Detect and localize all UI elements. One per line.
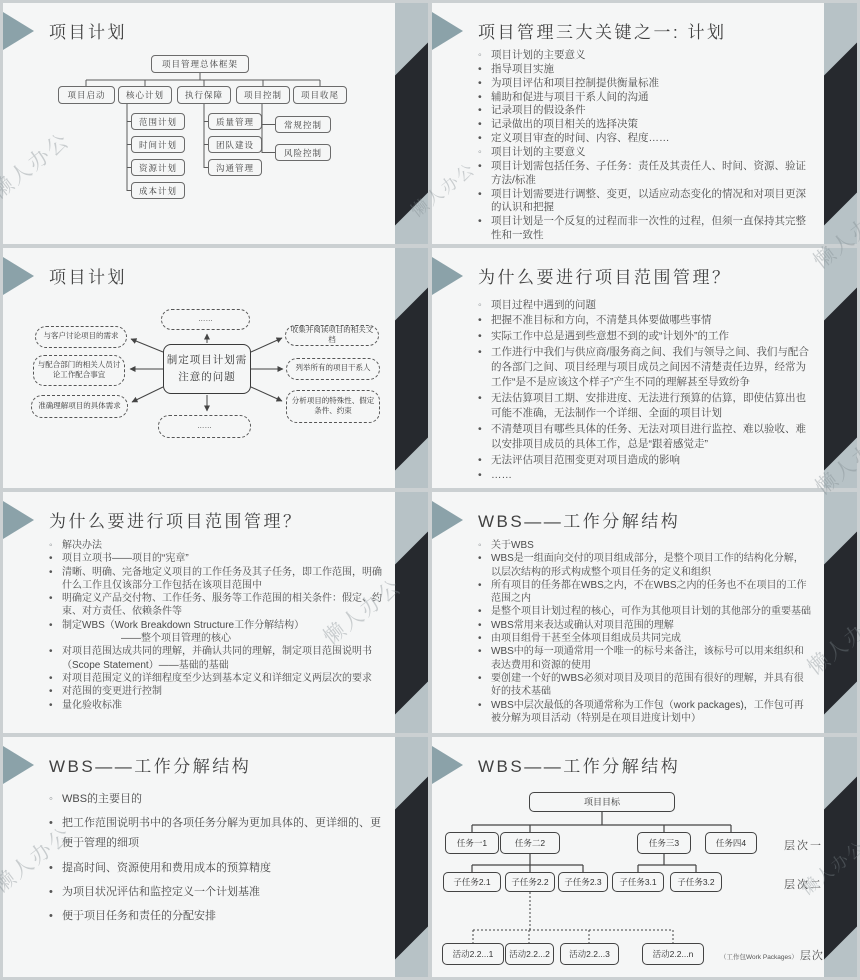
wbs-node: 子任务2.1 [443,872,501,892]
bullet-item: 项目过程中遇到的问题 [478,298,813,313]
bullet-item: 关于WBS [478,539,813,552]
bullet-item: 提高时间、资源使用和费用成本的预算精度 [49,858,384,878]
corner-decoration [395,492,428,733]
bullet-item: 清晰、明确、完备地定义项目的工作任务及其子任务，即工作范围，明确什么工作且仅该部… [49,566,384,593]
title-arrow-icon [3,746,34,784]
level-label-2: 层次二 [784,876,823,892]
org-node: 范围计划 [131,113,185,130]
spoke-node: 列举所有的项目干系人 [286,358,380,380]
bullet-item: 对项目范围达成共同的理解，并确认共同的理解，制定项目范围说明书（Scope St… [49,645,384,672]
wbs-node: 活动2.2...3 [560,943,619,965]
work-package-note-text: （工作包Work Packages） [720,952,798,961]
wbs-node: 活动2.2...2 [505,943,554,965]
org-node: 团队建设 [208,136,262,153]
bullet-item: 记录做出的项目相关的选择决策 [478,118,813,132]
title-arrow-icon [3,257,34,295]
bullet-item: 制定WBS（Work Breakdown Structure工作分解结构） [49,619,384,632]
bullet-item: 明确定义产品交付物、工作任务、服务等工作范围的相关条件：假定、约束、对方责任、依… [49,592,384,619]
org-node: 质量管理 [208,113,262,130]
bullet-item: 把工作范围说明书中的各项任务分解为更加具体的、更详细的、更便于管理的细项 [49,813,384,854]
wbs-node: 子任务3.1 [612,872,664,892]
bullet-item: 对项目范围定义的详细程度至少达到基本定义和详细定义两层次的要求 [49,672,384,685]
bullet-item: WBS是一组面向交付的项目组成部分，是整个项目工作的结构化分解，以层次结构的形式… [478,552,813,579]
bullet-item: ——整个项目管理的核心 [49,632,384,645]
wbs-node: 任务四4 [705,832,757,854]
bullet-item: 不清楚项目有哪些具体的任务、无法对项目进行监控、难以验收、难以安排项目成员的具体… [478,422,813,452]
wbs-node: 子任务3.2 [670,872,722,892]
bullet-item: 量化验收标准 [49,699,384,712]
slide-5-scope-why-solutions[interactable]: 为什么要进行项目范围管理？ 解决办法项目立项书——项目的“宪章”清晰、明确、完备… [3,492,428,733]
spoke-node: 分析项目的特殊性、假定条件、约束 [286,390,380,423]
org-node: 项目收尾 [293,86,347,104]
bullet-list: 项目过程中遇到的问题把握不准目标和方向，不清楚具体要做哪些事情实际工作中总是遇到… [478,298,813,485]
bullet-item: 为项目评估和项目控制提供衡量标准 [478,77,813,91]
slide-8-wbs-tree[interactable]: 项目目标 任务一1 任务二2 任务三3 任务四4 子任务2.1 子任务2.2 子… [432,737,857,978]
bullet-item: 项目计划需要进行调整、变更，以适应动态变化的情况和对项目更深的认识和把握 [478,188,813,216]
title-arrow-icon [432,12,463,50]
title-arrow-icon [3,501,34,539]
corner-decoration [395,3,428,244]
bullet-item: 记录项目的假设条件 [478,104,813,118]
org-node: 成本计划 [131,182,185,199]
bullet-item: 实际工作中总是遇到些意想不到的或“计划外”的工作 [478,329,813,344]
slide-1-project-plan-framework[interactable]: 项目管理总体框架 项目启动 核心计划 执行保障 项目控制 项目收尾 范围计划 时… [3,3,428,244]
title-arrow-icon [432,257,463,295]
spoke-node: 与客户讨论项目的需求 [35,326,127,348]
org-node: 常规控制 [275,116,331,133]
handout-grid: 项目管理总体框架 项目启动 核心计划 执行保障 项目控制 项目收尾 范围计划 时… [0,0,860,980]
bullet-item: 所有项目的任务都在WBS之内，不在WBS之内的任务也不在项目的工作范围之内 [478,579,813,606]
bullet-item: 无法评估项目范围变更对项目造成的影响 [478,453,813,468]
bullet-item: 项目计划是一个反复的过程而非一次性的过程，但须一直保持其完整性和一致性 [478,215,813,243]
bullet-item: 把握不准目标和方向，不清楚具体要做哪些事情 [478,313,813,328]
spoke-node-top: …… [161,309,250,330]
spoke-node: 收集并阅读项目的相关文档 [285,325,379,346]
bullet-item: 项目计划需包括任务、子任务：责任及其责任人、时间、资源、验证方法/标准 [478,160,813,188]
slide-3-plan-attention[interactable]: …… 制定项目计划需注意的问题 与客户讨论项目的需求 与配合部门的相关人员讨论工… [3,248,428,489]
org-node: 执行保障 [177,86,231,104]
bullet-list: WBS的主要目的把工作范围说明书中的各项任务分解为更加具体的、更详细的、更便于管… [49,789,384,931]
title-arrow-icon [432,746,463,784]
bullet-item: 项目计划的主要意义 [478,49,813,63]
wbs-node-root: 项目目标 [529,792,675,812]
work-package-note: （工作包Work Packages） 层次N [720,947,833,963]
bullet-item: 项目立项书——项目的“宪章” [49,552,384,565]
slide-4-scope-why-problems[interactable]: 为什么要进行项目范围管理？ 项目过程中遇到的问题把握不准目标和方向，不清楚具体要… [432,248,857,489]
slide-title: WBS——工作分解结构 [478,507,680,532]
slide-title: WBS——工作分解结构 [478,752,680,777]
bullet-item: WBS中的每一项通常用一个唯一的标号来备注，该标号可以用来组织和表达费用和资源的… [478,645,813,672]
bullet-item: 是整个项目计划过程的核心，可作为其他项目计划的其他部分的重要基础 [478,605,813,618]
org-node: 项目控制 [236,86,290,104]
slide-title: 为什么要进行项目范围管理？ [478,263,732,288]
wbs-node: 子任务2.3 [558,872,608,892]
level-label-1: 层次一 [784,837,823,853]
bullet-item: 便于项目任务和责任的分配安排 [49,906,384,926]
title-arrow-icon [432,501,463,539]
corner-decoration [395,248,428,489]
bullet-item: 无法估算项目工期、安排进度、无法进行预算的估算，即使估算出也可能不准确，无法制作… [478,391,813,421]
spoke-node-bottom: …… [158,415,251,438]
corner-decoration [395,737,428,978]
bullet-item: WBS中层次最低的各项通常称为工作包（work packages)，工作包可再被… [478,699,813,726]
slide-2-plan-key[interactable]: 项目管理三大关键之一: 计划 项目计划的主要意义指导项目实施为项目评估和项目控制… [432,3,857,244]
wbs-node: 任务一1 [445,832,499,854]
spoke-node: 准确理解项目的具体需求 [31,395,128,418]
bullet-item: 辅助和促进与项目干系人间的沟通 [478,91,813,105]
slide-title: 项目计划 [49,263,127,288]
title-arrow-icon [3,12,34,50]
bullet-item: 定义项目审查的时间、内容、程度…… [478,132,813,146]
corner-decoration [824,492,857,733]
slide-title: 项目计划 [49,18,127,43]
bullet-item: 对范围的变更进行控制 [49,685,384,698]
wbs-node: 活动2.2...1 [442,943,504,965]
bullet-list: 解决办法项目立项书——项目的“宪章”清晰、明确、完备地定义项目的工作任务及其子任… [49,539,384,712]
bullet-item: WBS常用来表达或确认对项目范围的理解 [478,619,813,632]
bullet-item: …… [478,468,813,483]
bullet-item: 工作进行中我们与供应商/服务商之间、我们与领导之间、我们与配合的各部门之间、项目… [478,345,813,390]
corner-decoration [824,248,857,489]
slide-7-wbs-purpose[interactable]: WBS——工作分解结构 WBS的主要目的把工作范围说明书中的各项任务分解为更加具… [3,737,428,978]
org-node: 资源计划 [131,159,185,176]
org-node: 沟通管理 [208,159,262,176]
wbs-node: 任务二2 [500,832,560,854]
spoke-node: 与配合部门的相关人员讨论工作配合事宜 [33,355,125,386]
wbs-node: 活动2.2...n [642,943,704,965]
bullet-item: 由项目组骨干甚至全体项目组成员共同完成 [478,632,813,645]
bullet-item: 解决办法 [49,539,384,552]
bullet-item: 项目计划的主要意义 [478,146,813,160]
wbs-node: 子任务2.2 [505,872,555,892]
bullet-item: 要创建一个好的WBS必须对项目及项目的范围有很好的理解，并具有很好的技术基础 [478,672,813,699]
org-node: 时间计划 [131,136,185,153]
slide-6-wbs-about[interactable]: WBS——工作分解结构 关于WBSWBS是一组面向交付的项目组成部分，是整个项目… [432,492,857,733]
bullet-item: WBS的主要目的 [49,789,384,809]
slide-title: 项目管理三大关键之一: 计划 [478,18,726,43]
org-node: 风险控制 [275,144,331,161]
wbs-node: 任务三3 [637,832,691,854]
corner-decoration [824,3,857,244]
slide-title: WBS——工作分解结构 [49,752,251,777]
bullet-list: 项目计划的主要意义指导项目实施为项目评估和项目控制提供衡量标准辅助和促进与项目干… [478,49,813,243]
org-node: 核心计划 [118,86,172,104]
corner-decoration [824,737,857,978]
bullet-item: 为项目状况评估和监控定义一个计划基准 [49,882,384,902]
bullet-list: 关于WBSWBS是一组面向交付的项目组成部分，是整个项目工作的结构化分解，以层次… [478,539,813,725]
spoke-node-center: 制定项目计划需注意的问题 [163,344,251,394]
org-node-root: 项目管理总体框架 [151,55,249,73]
org-node: 项目启动 [58,86,115,104]
bullet-item: 指导项目实施 [478,63,813,77]
slide-title: 为什么要进行项目范围管理？ [49,507,303,532]
